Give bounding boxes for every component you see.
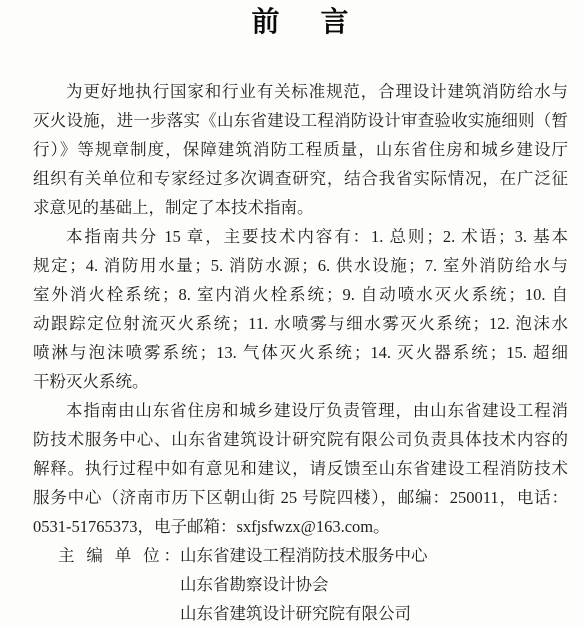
text-line: 喷淋与泡沫喷雾系统；13. 气体灭火系统；14. 灭火器系统；15. 超细 bbox=[33, 338, 568, 367]
paragraph-intro: 为更好地执行国家和行业有关标准规范，合理设计建筑消防给水与 灭火设施，进一步落实… bbox=[33, 77, 568, 222]
text-line: 干粉灭火系统。 bbox=[33, 367, 568, 396]
text-line: 灭火设施，进一步落实《山东省建设工程消防设计审查验收实施细则（暂 bbox=[33, 106, 568, 135]
editors-section: 主 编 单 位： 山东省建设工程消防技术服务中心 山东省勘察设计协会 山东省建筑… bbox=[33, 541, 568, 627]
page-title: 前 言 bbox=[33, 6, 568, 40]
text-line: 解释。执行过程中如有意见和建议，请反馈至山东省建设工程消防技术 bbox=[33, 454, 568, 483]
organization-name: 山东省勘察设计协会 bbox=[180, 570, 568, 599]
organization-name: 山东省建设工程消防技术服务中心 bbox=[180, 541, 568, 570]
text-line: 室外消火栓系统；8. 室内消火栓系统；9. 自动喷水灭火系统；10. 自 bbox=[33, 280, 568, 309]
document-body: 为更好地执行国家和行业有关标准规范，合理设计建筑消防给水与 灭火设施，进一步落实… bbox=[33, 77, 568, 627]
text-line: 为更好地执行国家和行业有关标准规范，合理设计建筑消防给水与 bbox=[33, 77, 568, 106]
text-line: 0531-51765373，电子邮箱：sxfjsfwzx@163.com。 bbox=[33, 512, 568, 541]
organization-name: 山东省建筑设计研究院有限公司 bbox=[180, 599, 568, 627]
editor-organizations: 山东省建设工程消防技术服务中心 山东省勘察设计协会 山东省建筑设计研究院有限公司 bbox=[180, 541, 568, 627]
paragraph-management: 本指南由山东省住房和城乡建设厅负责管理，由山东省建设工程消 防技术服务中心、山东… bbox=[33, 396, 568, 541]
text-line: 本指南共分 15 章，主要技术内容有：1. 总则；2. 术语；3. 基本 bbox=[33, 222, 568, 251]
editors-label: 主 编 单 位： bbox=[58, 541, 180, 627]
text-line: 求意见的基础上，制定了本技术指南。 bbox=[33, 193, 568, 222]
document-page: 前 言 为更好地执行国家和行业有关标准规范，合理设计建筑消防给水与 灭火设施，进… bbox=[0, 0, 584, 627]
text-line: 行）》等规章制度，保障建筑消防工程质量，山东省住房和城乡建设厅 bbox=[33, 135, 568, 164]
paragraph-contents: 本指南共分 15 章，主要技术内容有：1. 总则；2. 术语；3. 基本 规定；… bbox=[33, 222, 568, 396]
text-line: 本指南由山东省住房和城乡建设厅负责管理，由山东省建设工程消 bbox=[33, 396, 568, 425]
text-line: 规定；4. 消防用水量；5. 消防水源；6. 供水设施；7. 室外消防给水与 bbox=[33, 251, 568, 280]
text-line: 防技术服务中心、山东省建筑设计研究院有限公司负责具体技术内容的 bbox=[33, 425, 568, 454]
text-line: 动跟踪定位射流灭火系统；11. 水喷雾与细水雾灭火系统；12. 泡沫水 bbox=[33, 309, 568, 338]
text-line: 服务中心（济南市历下区朝山街 25 号院四楼），邮编：250011，电话： bbox=[33, 483, 568, 512]
text-line: 组织有关单位和专家经过多次调查研究，结合我省实际情况，在广泛征 bbox=[33, 164, 568, 193]
